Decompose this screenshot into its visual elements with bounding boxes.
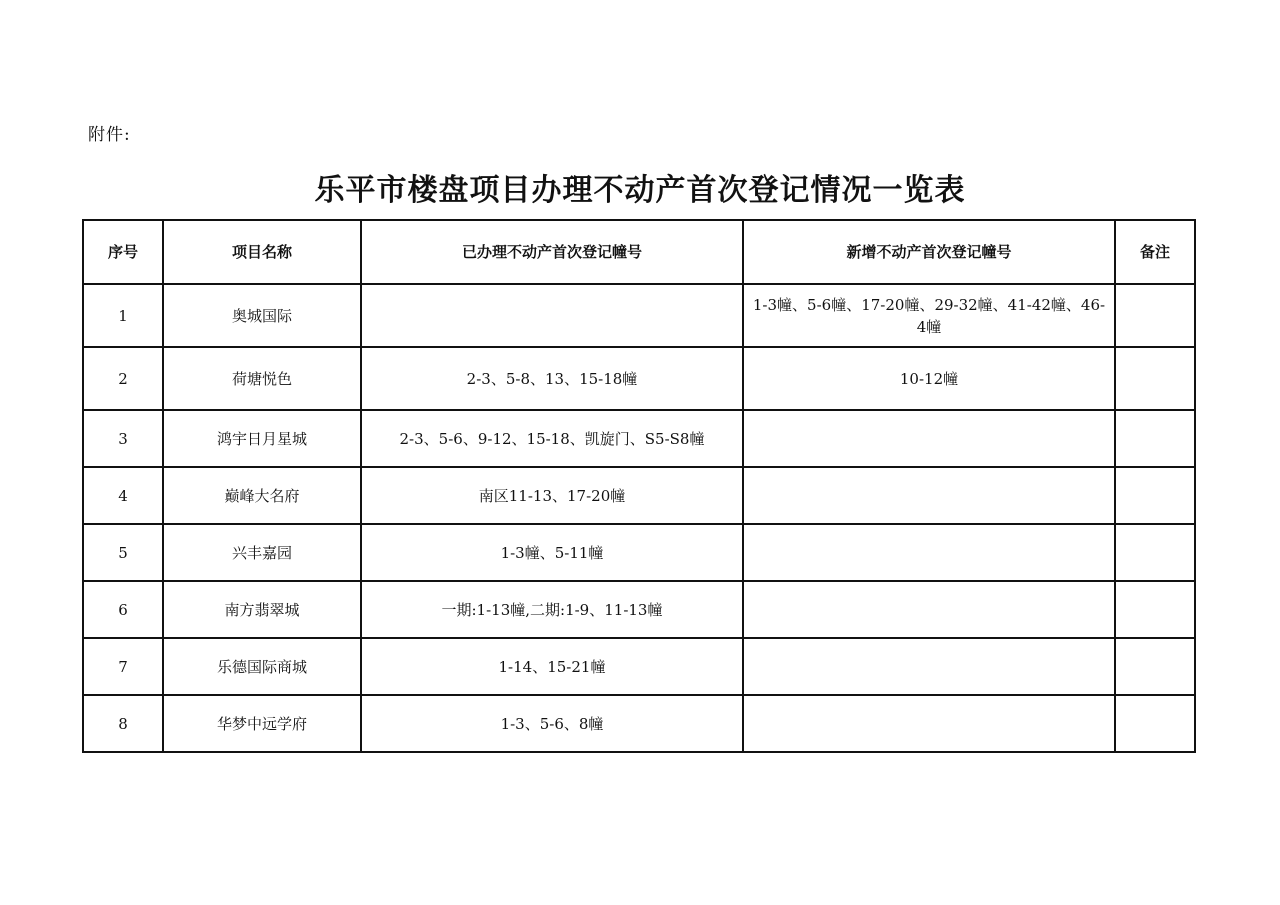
cell-new: 1-3幢、5-6幢、17-20幢、29-32幢、41-42幢、46-4幢 bbox=[743, 284, 1115, 347]
cell-new bbox=[743, 410, 1115, 467]
cell-new: 10-12幢 bbox=[743, 347, 1115, 410]
table-row: 5 兴丰嘉园 1-3幢、5-11幢 bbox=[83, 524, 1195, 581]
cell-new bbox=[743, 638, 1115, 695]
cell-note bbox=[1115, 284, 1195, 347]
registration-table: 序号 项目名称 已办理不动产首次登记幢号 新增不动产首次登记幢号 备注 1 奥城… bbox=[82, 219, 1196, 753]
table-row: 8 华梦中远学府 1-3、5-6、8幢 bbox=[83, 695, 1195, 752]
table-row: 3 鸿宇日月星城 2-3、5-6、9-12、15-18、凯旋门、S5-S8幢 bbox=[83, 410, 1195, 467]
cell-no: 2 bbox=[83, 347, 163, 410]
cell-note bbox=[1115, 347, 1195, 410]
cell-new bbox=[743, 524, 1115, 581]
cell-new bbox=[743, 581, 1115, 638]
table-row: 1 奥城国际 1-3幢、5-6幢、17-20幢、29-32幢、41-42幢、46… bbox=[83, 284, 1195, 347]
cell-no: 1 bbox=[83, 284, 163, 347]
table-row: 7 乐德国际商城 1-14、15-21幢 bbox=[83, 638, 1195, 695]
cell-registered: 1-3、5-6、8幢 bbox=[361, 695, 743, 752]
cell-name: 乐德国际商城 bbox=[163, 638, 361, 695]
cell-note bbox=[1115, 695, 1195, 752]
cell-no: 3 bbox=[83, 410, 163, 467]
cell-note bbox=[1115, 638, 1195, 695]
cell-new bbox=[743, 695, 1115, 752]
header-project-name: 项目名称 bbox=[163, 220, 361, 284]
cell-no: 4 bbox=[83, 467, 163, 524]
cell-note bbox=[1115, 467, 1195, 524]
cell-no: 8 bbox=[83, 695, 163, 752]
header-registered: 已办理不动产首次登记幢号 bbox=[361, 220, 743, 284]
cell-registered bbox=[361, 284, 743, 347]
table-row: 6 南方翡翠城 一期:1-13幢,二期:1-9、11-13幢 bbox=[83, 581, 1195, 638]
cell-name: 南方翡翠城 bbox=[163, 581, 361, 638]
cell-name: 奥城国际 bbox=[163, 284, 361, 347]
cell-registered: 1-14、15-21幢 bbox=[361, 638, 743, 695]
header-new: 新增不动产首次登记幢号 bbox=[743, 220, 1115, 284]
cell-name: 兴丰嘉园 bbox=[163, 524, 361, 581]
header-note: 备注 bbox=[1115, 220, 1195, 284]
table-row: 2 荷塘悦色 2-3、5-8、13、15-18幢 10-12幢 bbox=[83, 347, 1195, 410]
cell-new bbox=[743, 467, 1115, 524]
attachment-label: 附件: bbox=[88, 120, 131, 145]
cell-registered: 一期:1-13幢,二期:1-9、11-13幢 bbox=[361, 581, 743, 638]
cell-note bbox=[1115, 524, 1195, 581]
cell-registered: 2-3、5-8、13、15-18幢 bbox=[361, 347, 743, 410]
header-no: 序号 bbox=[83, 220, 163, 284]
cell-registered: 1-3幢、5-11幢 bbox=[361, 524, 743, 581]
document-title: 乐平市楼盘项目办理不动产首次登记情况一览表 bbox=[0, 165, 1280, 209]
cell-no: 5 bbox=[83, 524, 163, 581]
cell-no: 6 bbox=[83, 581, 163, 638]
cell-note bbox=[1115, 581, 1195, 638]
cell-name: 华梦中远学府 bbox=[163, 695, 361, 752]
cell-name: 鸿宇日月星城 bbox=[163, 410, 361, 467]
cell-name: 荷塘悦色 bbox=[163, 347, 361, 410]
cell-note bbox=[1115, 410, 1195, 467]
table-row: 4 巅峰大名府 南区11-13、17-20幢 bbox=[83, 467, 1195, 524]
table-header-row: 序号 项目名称 已办理不动产首次登记幢号 新增不动产首次登记幢号 备注 bbox=[83, 220, 1195, 284]
cell-registered: 2-3、5-6、9-12、15-18、凯旋门、S5-S8幢 bbox=[361, 410, 743, 467]
cell-no: 7 bbox=[83, 638, 163, 695]
cell-name: 巅峰大名府 bbox=[163, 467, 361, 524]
cell-registered: 南区11-13、17-20幢 bbox=[361, 467, 743, 524]
